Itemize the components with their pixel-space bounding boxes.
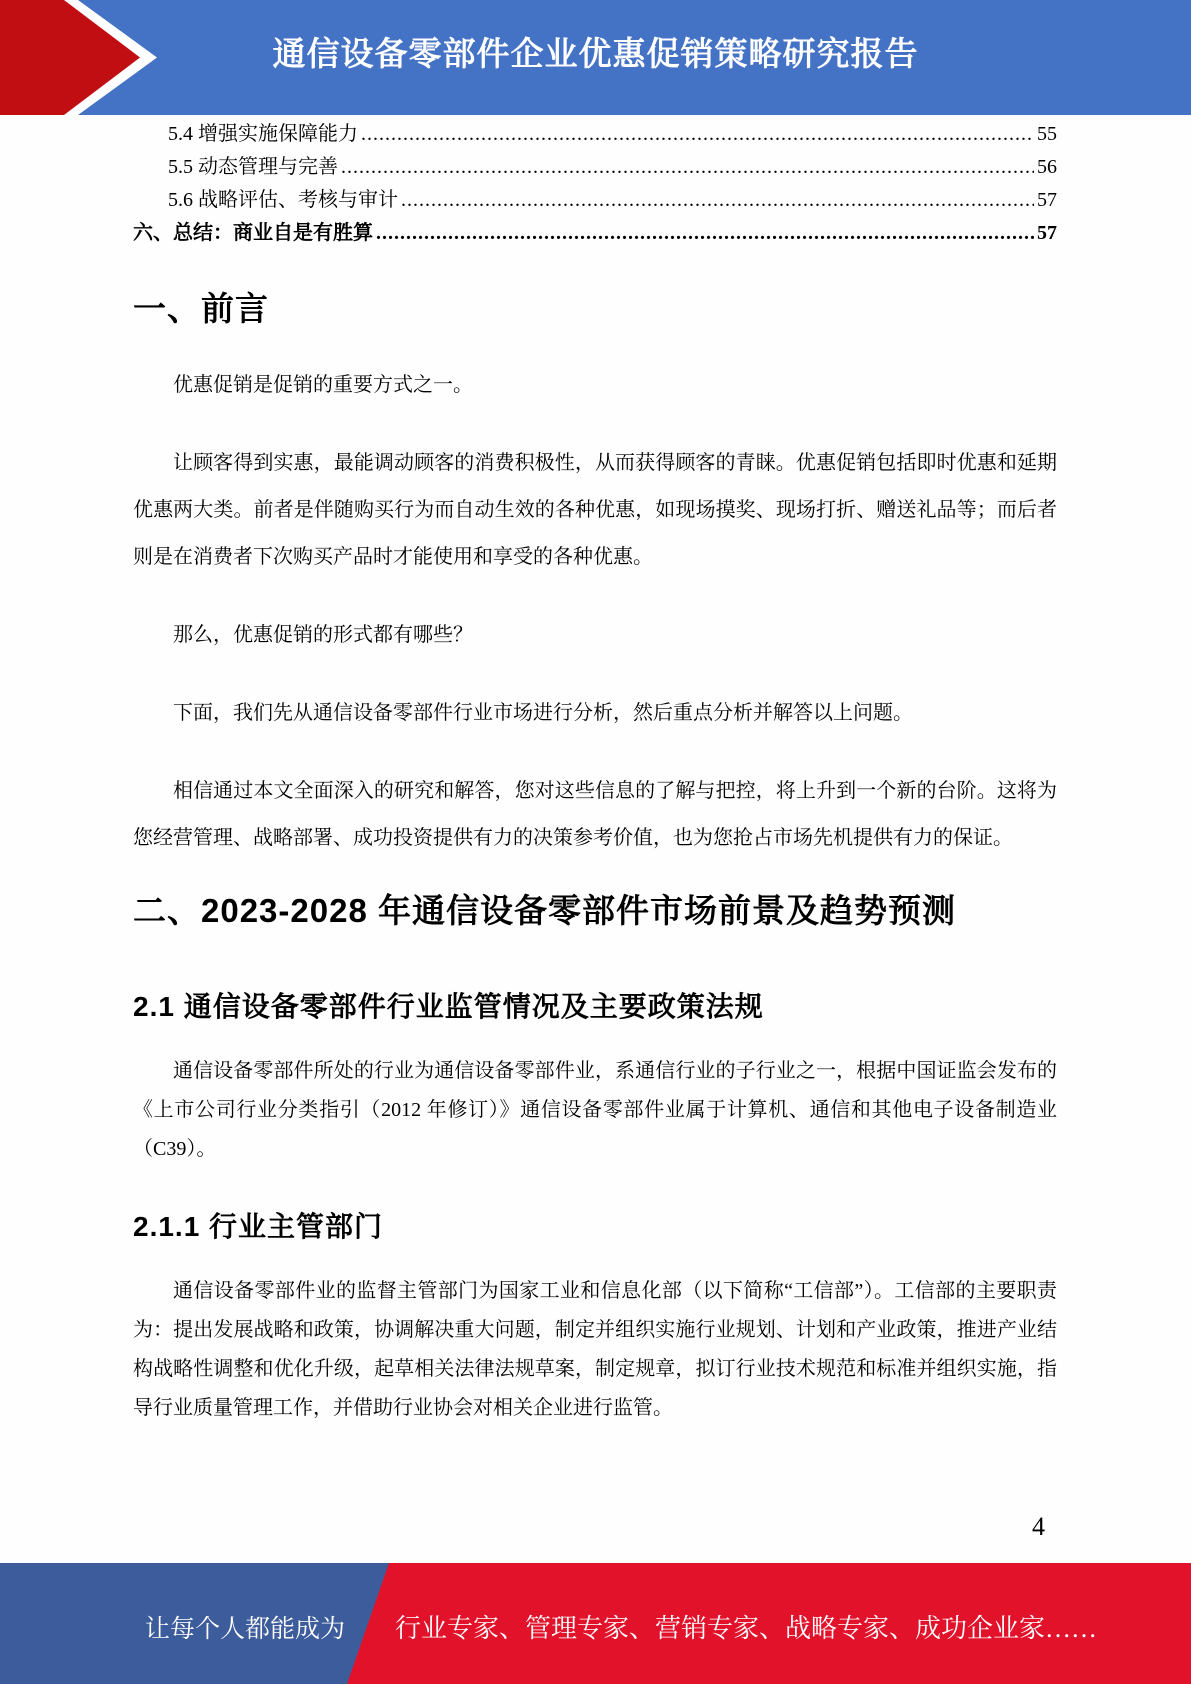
footer-slogan-right: 行业专家、管理专家、营销专家、战略专家、成功企业家…… [395,1615,1097,1643]
toc-leader-dots [376,217,1034,250]
toc-entry-page: 55 [1037,118,1057,151]
section-1-heading: 一、前言 [133,286,1057,331]
section-market-forecast: 二、2023-2028 年通信设备零部件市场前景及趋势预测 2.1 通信设备零部… [133,888,1057,1428]
toc-entry-label: 5.4 增强实施保障能力 [168,118,358,151]
paragraph: 让顾客得到实惠，最能调动顾客的消费积极性，从而获得顾客的青睐。优惠促销包括即时优… [133,440,1057,581]
paragraph: 通信设备零部件所处的行业为通信设备零部件业，系通信行业的子行业之一，根据中国证监… [133,1052,1057,1169]
toc-leader-dots [401,184,1034,217]
subsection-2-1-heading: 2.1 通信设备零部件行业监管情况及主要政策法规 [133,989,1057,1025]
toc-entry[interactable]: 5.5 动态管理与完善 56 [133,151,1057,184]
subsection-2-1-1-heading: 2.1.1 行业主管部门 [133,1209,1057,1245]
section-2-heading: 二、2023-2028 年通信设备零部件市场前景及趋势预测 [133,888,1057,933]
report-title: 通信设备零部件企业优惠促销策略研究报告 [0,28,1191,75]
section-intro: 一、前言 优惠促销是促销的重要方式之一。 让顾客得到实惠，最能调动顾客的消费积极… [133,286,1057,862]
toc-entry-label: 六、总结：商业自是有胜算 [133,217,373,250]
page-number: 4 [1032,1512,1045,1542]
page-footer: 让每个人都能成为 行业专家、管理专家、营销专家、战略专家、成功企业家…… [0,1563,1191,1684]
paragraph: 下面，我们先从通信设备零部件行业市场进行分析，然后重点分析并解答以上问题。 [133,690,1057,737]
paragraph: 通信设备零部件业的监督主管部门为国家工业和信息化部（以下简称“工信部”）。工信部… [133,1272,1057,1428]
table-of-contents: 5.4 增强实施保障能力 55 5.5 动态管理与完善 56 5.6 战略评估、… [133,118,1057,250]
paragraph: 相信通过本文全面深入的研究和解答，您对这些信息的了解与把控，将上升到一个新的台阶… [133,768,1057,862]
toc-entry-page: 56 [1037,151,1057,184]
toc-entry[interactable]: 5.6 战略评估、考核与审计 57 [133,184,1057,217]
toc-entry[interactable]: 5.4 增强实施保障能力 55 [133,118,1057,151]
paragraph: 优惠促销是促销的重要方式之一。 [133,362,1057,409]
toc-leader-dots [341,151,1034,184]
paragraph: 那么，优惠促销的形式都有哪些？ [133,612,1057,659]
toc-entry-label: 5.5 动态管理与完善 [168,151,338,184]
report-header: 通信设备零部件企业优惠促销策略研究报告 [0,0,1191,115]
toc-entry[interactable]: 六、总结：商业自是有胜算 57 [133,217,1057,250]
toc-entry-page: 57 [1037,217,1057,250]
toc-entry-page: 57 [1037,184,1057,217]
page-content: 5.4 增强实施保障能力 55 5.5 动态管理与完善 56 5.6 战略评估、… [133,118,1057,1428]
document-page: { "header": { "title": "通信设备零部件企业优惠促销策略研… [0,0,1191,1684]
toc-entry-label: 5.6 战略评估、考核与审计 [168,184,398,217]
footer-slogan-left: 让每个人都能成为 [145,1617,345,1642]
toc-leader-dots [361,118,1034,151]
